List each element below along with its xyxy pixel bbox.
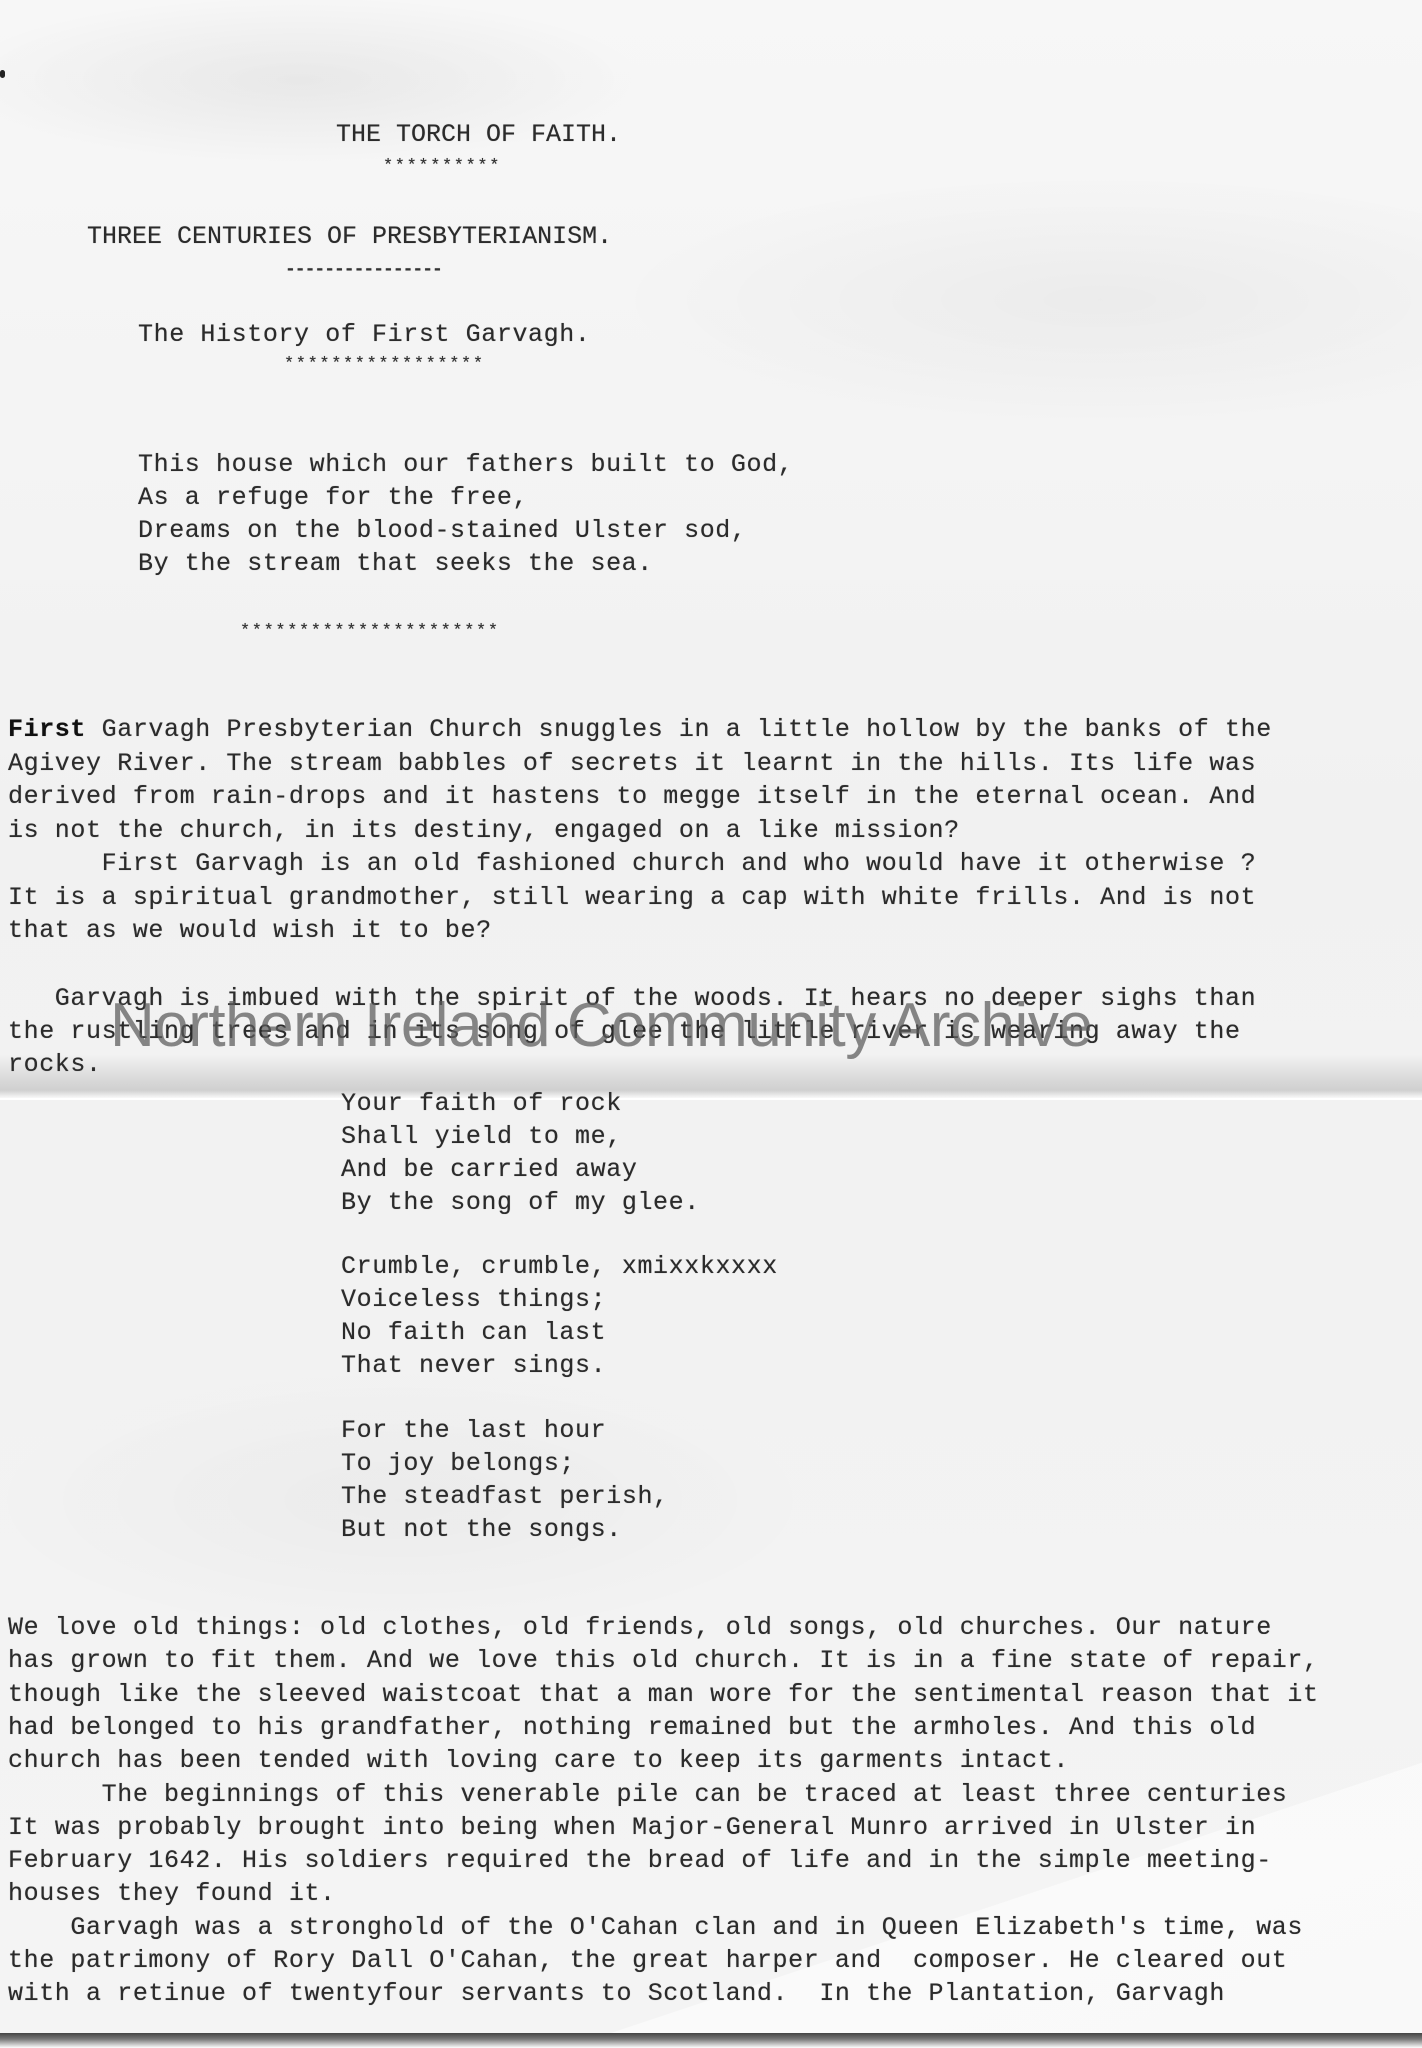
ink-speck: [0, 70, 5, 78]
poem-line: And be carried away: [341, 1153, 637, 1186]
poem-line: By the stream that seeks the sea.: [138, 547, 653, 580]
text-line: Agivey River. The stream babbles of secr…: [8, 747, 1256, 780]
poem-line: The steadfast perish,: [341, 1480, 669, 1513]
document-subtitle: THREE CENTURIES OF PRESBYTERIANISM.: [87, 220, 612, 253]
poem-line: Voiceless things;: [341, 1283, 606, 1316]
text-line: It is a spiritual grandmother, still wea…: [8, 881, 1256, 914]
poem-line: This house which our fathers built to Go…: [138, 448, 793, 481]
poem-line: By the song of my glee.: [341, 1186, 700, 1219]
paper-fold-shadow: [0, 1055, 1422, 1099]
paper-bottom-edge: [0, 2033, 1422, 2048]
paper-fold-line: [0, 1098, 1422, 1100]
poem-line: No faith can last: [341, 1316, 606, 1349]
text-line: has grown to fit them. And we love this …: [8, 1644, 1319, 1677]
poem-line: As a refuge for the free,: [138, 481, 528, 514]
text-line: First Garvagh Presbyterian Church snuggl…: [8, 713, 1272, 746]
text-line: though like the sleeved waistcoat that a…: [8, 1678, 1319, 1711]
text-line: The beginnings of this venerable pile ca…: [8, 1778, 1287, 1811]
poem-line: Crumble, crumble, xmixxkxxxx: [341, 1250, 778, 1283]
text-line: had belonged to his grandfather, nothing…: [8, 1711, 1256, 1744]
text-line: the patrimony of Rory Dall O'Cahan, the …: [8, 1944, 1287, 1977]
text-line: February 1642. His soldiers required the…: [8, 1844, 1272, 1877]
poem-line: For the last hour: [341, 1414, 606, 1447]
poem-line: Your faith of rock: [341, 1087, 622, 1120]
poem-line: That never sings.: [341, 1349, 606, 1382]
text-line: derived from rain-drops and it hastens t…: [8, 780, 1256, 813]
text-line: with a retinue of twentyfour servants to…: [8, 1977, 1225, 2010]
text-line: church has been tended with loving care …: [8, 1744, 1069, 1777]
text-line: First Garvagh is an old fashioned church…: [8, 847, 1256, 880]
poem-stars-divider: **********************: [240, 615, 500, 648]
emphasized-word: First: [8, 715, 86, 744]
text-line: Garvagh is imbued with the spirit of the…: [8, 982, 1256, 1015]
text-line: We love old things: old clothes, old fri…: [8, 1611, 1272, 1644]
poem-line: Shall yield to me,: [341, 1120, 622, 1153]
subtitle-rule-divider: ----------------: [285, 254, 442, 287]
heading-stars-divider: *****************: [284, 348, 485, 381]
poem-line: But not the songs.: [341, 1513, 622, 1546]
text-line: that as we would wish it to be?: [8, 914, 492, 947]
document-heading: The History of First Garvagh.: [138, 318, 590, 351]
poem-line: To joy belongs;: [341, 1447, 575, 1480]
text-line: the rustling trees and in its song of gl…: [8, 1015, 1241, 1048]
text-line: Garvagh was a stronghold of the O'Cahan …: [8, 1911, 1303, 1944]
text-line: is not the church, in its destiny, engag…: [8, 814, 960, 847]
text-line: rocks.: [8, 1048, 102, 1081]
text-line: It was probably brought into being when …: [8, 1811, 1256, 1844]
text-line: houses they found it.: [8, 1877, 336, 1910]
title-stars-divider: **********: [383, 150, 501, 183]
poem-line: Dreams on the blood-stained Ulster sod,: [138, 514, 747, 547]
document-title: THE TORCH OF FAITH.: [336, 118, 621, 151]
